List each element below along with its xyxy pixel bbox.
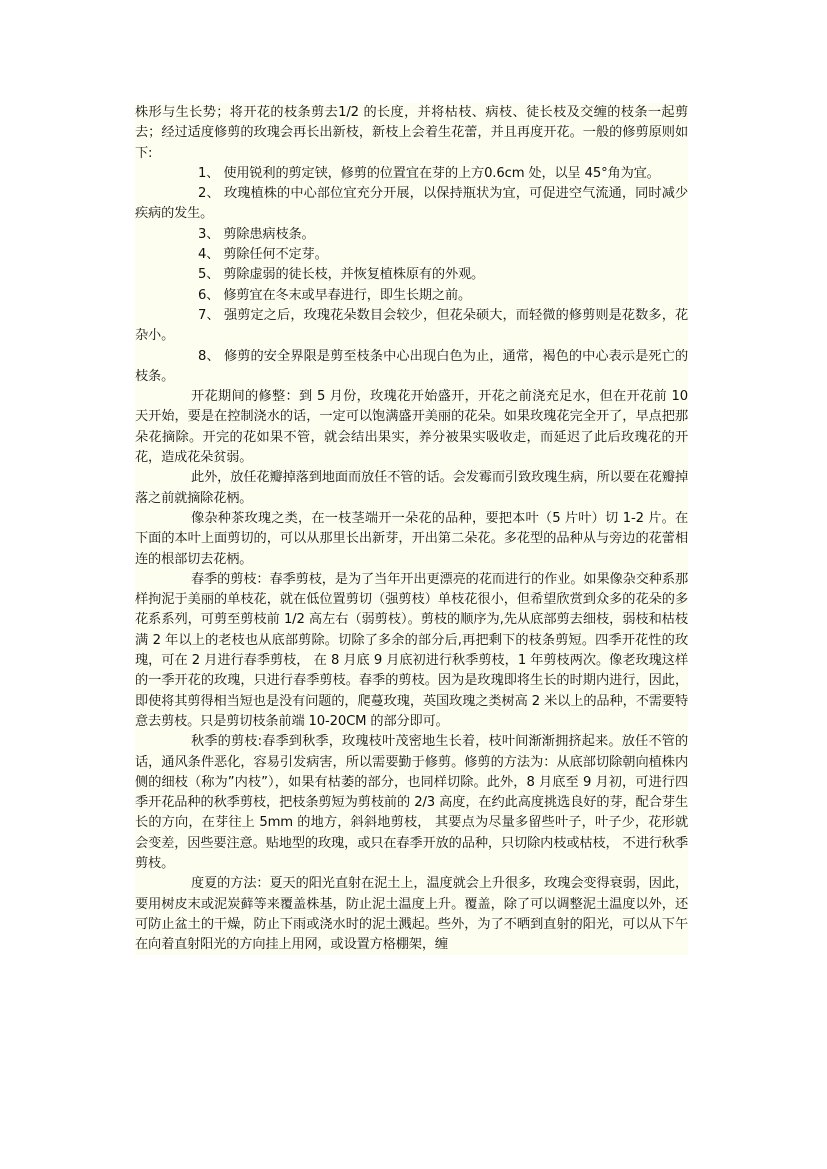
paragraph-summer-care: 度夏的方法：夏天的阳光直射在泥土上，温度就会上升很多，玫瑰会变得衰弱，因此，要用…: [135, 874, 688, 955]
paragraph-intro: 株形与生长势；将开花的枝条剪去1/2 的长度，并将枯枝、病枝、徒长枝及交缠的枝条…: [135, 103, 688, 164]
paragraph-autumn-pruning: 秋季的剪枝:春季到秋季，玫瑰枝叶茂密地生长着，枝叶间渐渐拥挤起来。放任不管的话，…: [135, 732, 688, 874]
list-item-8: 8、 修剪的安全界限是剪至枝条中心出现白色为止，通常，褐色的中心表示是死亡的枝条…: [135, 347, 688, 388]
list-item-2: 2、 玫瑰植株的中心部位宜充分开展，以保持瓶状为宜，可促进空气流通，同时减少疾病…: [135, 184, 688, 225]
list-item-5: 5、 剪除虚弱的徒长枝，并恢复植株原有的外观。: [135, 265, 688, 285]
list-item-1: 1、 使用锐利的剪定铗，修剪的位置宜在芽的上方0.6cm 处，以呈 45°角为宜…: [135, 164, 688, 184]
document-page: 株形与生长势；将开花的枝条剪去1/2 的长度，并将枯枝、病枝、徒长枝及交缠的枝条…: [135, 103, 688, 955]
paragraph-flowering-pruning: 开花期间的修整：到 5 月份，玫瑰花开始盛开，开花之前浇充足水，但在开花前 10…: [135, 387, 688, 468]
list-item-4: 4、 剪除任何不定芽。: [135, 245, 688, 265]
paragraph-petal-removal: 此外，放任花瓣掉落到地面而放任不管的话。会发霉而引致玫瑰生病，所以要在花瓣掉落之…: [135, 468, 688, 509]
list-item-3: 3、 剪除患病枝条。: [135, 225, 688, 245]
paragraph-spring-pruning: 春季的剪枝：春季剪枝，是为了当年开出更漂亮的花而进行的作业。如果像杂交种系那样拘…: [135, 570, 688, 732]
list-item-6: 6、 修剪宜在冬末或早春进行，即生长期之前。: [135, 286, 688, 306]
list-item-7: 7、 强剪定之后，玫瑰花朵数目会较少，但花朵硕大，而轻微的修剪则是花数多，花杂小…: [135, 306, 688, 347]
paragraph-hybrid-tea: 像杂种茶玫瑰之类，在一枝茎端开一朵花的品种，要把本叶（5 片叶）切 1-2 片。…: [135, 509, 688, 570]
